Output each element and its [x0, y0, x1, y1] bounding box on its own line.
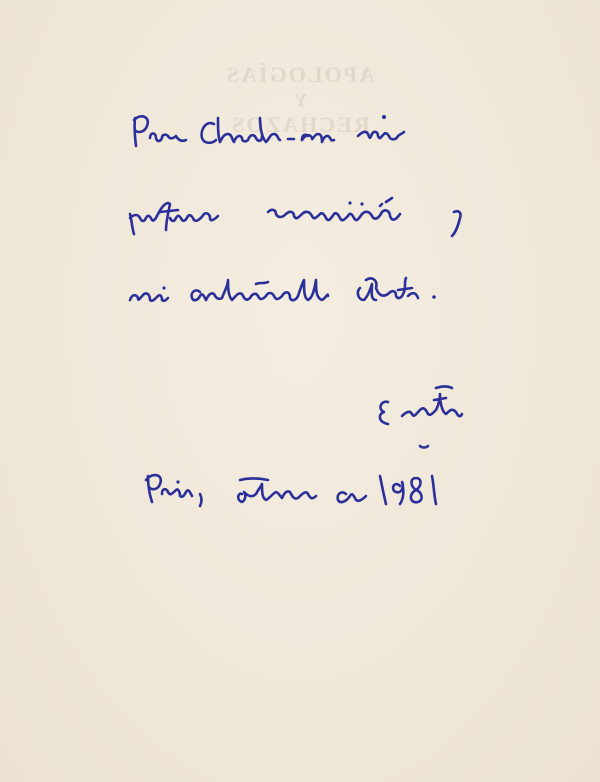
- handwriting-place-date: [146, 475, 436, 506]
- inscription-page: APOLOGÍAS Y RECHAZOS: [0, 0, 600, 782]
- handwriting-line-body-3: [130, 278, 436, 301]
- handwriting-line-body-2: [130, 198, 461, 236]
- handwriting-ink: [0, 0, 600, 782]
- handwriting-line-salutation: [134, 115, 404, 146]
- signature: [380, 387, 462, 448]
